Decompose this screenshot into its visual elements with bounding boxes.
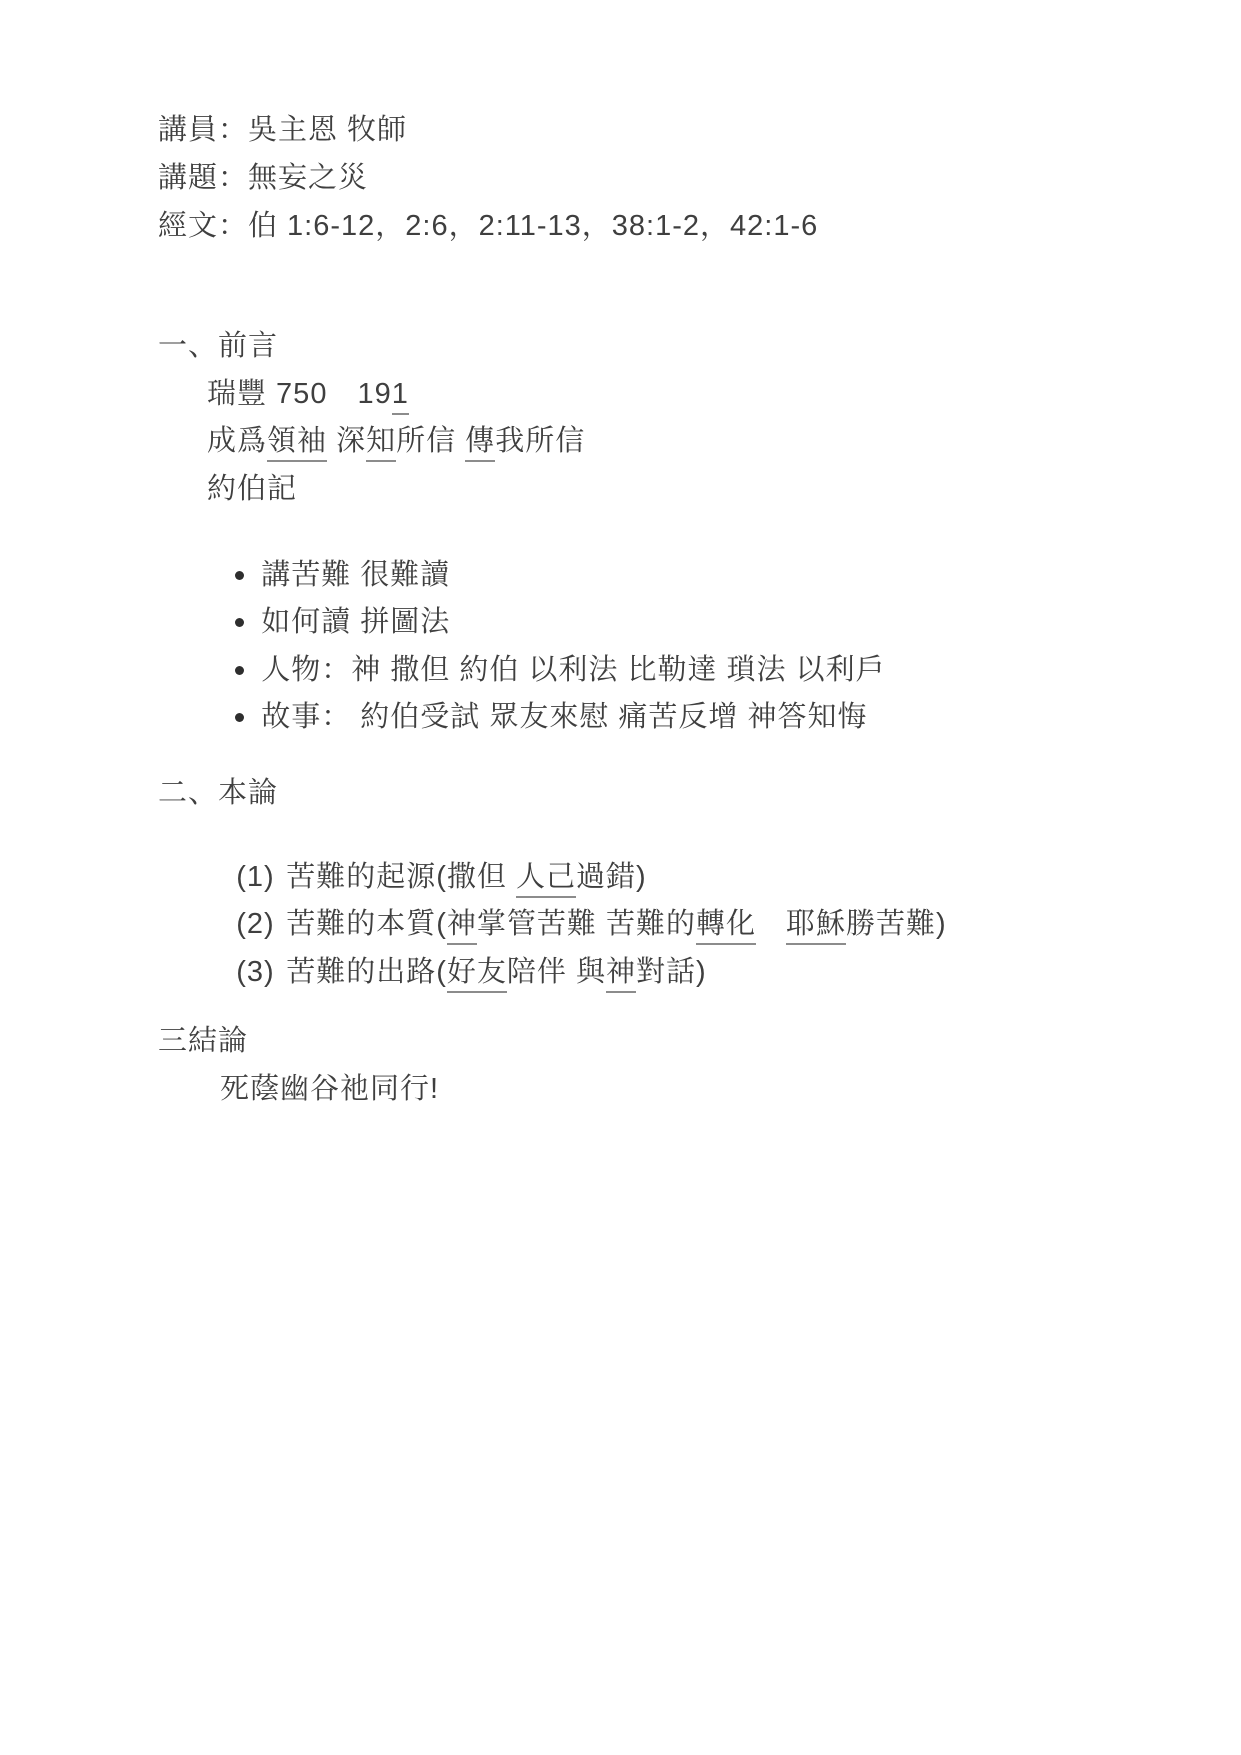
item-text: 苦難的出路(好友陪伴 與神對話) (286, 956, 706, 993)
conclusion-line: 死蔭幽谷祂同行! (220, 1071, 439, 1107)
section-conclusion-heading: 三結論 (158, 1023, 248, 1059)
bullet-row: 故事： 約伯受試 眾友來慰 痛苦反增 神答知悔 (199, 663, 867, 772)
section-intro-heading: 一、前言 (158, 328, 278, 364)
speaker-line: 講員：吳主恩 牧師 (158, 112, 407, 148)
motto-line: 成爲領袖 深知所信 傳我所信 (207, 423, 585, 459)
sermon-title-line: 講題：無妄之災 (158, 160, 368, 196)
section-body-heading: 二、本論 (158, 775, 278, 811)
numbered-item: (3)苦難的出路(好友陪伴 與神對話) (200, 918, 707, 1027)
document-page: 講員：吳主恩 牧師 講題：無妄之災 經文：伯 1:6-12，2:6，2:11-1… (0, 0, 1241, 1755)
bullet-icon (235, 713, 244, 722)
scripture-line: 經文：伯 1:6-12，2:6，2:11-13，38:1-2，42:1-6 (158, 208, 818, 244)
bullet-text: 故事： 約伯受試 眾友來慰 痛苦反增 神答知悔 (261, 701, 867, 733)
item-number: (3) (236, 954, 286, 990)
ruifeng-line: 瑞豐 750 191 (207, 376, 409, 412)
book-line: 約伯記 (207, 471, 297, 507)
